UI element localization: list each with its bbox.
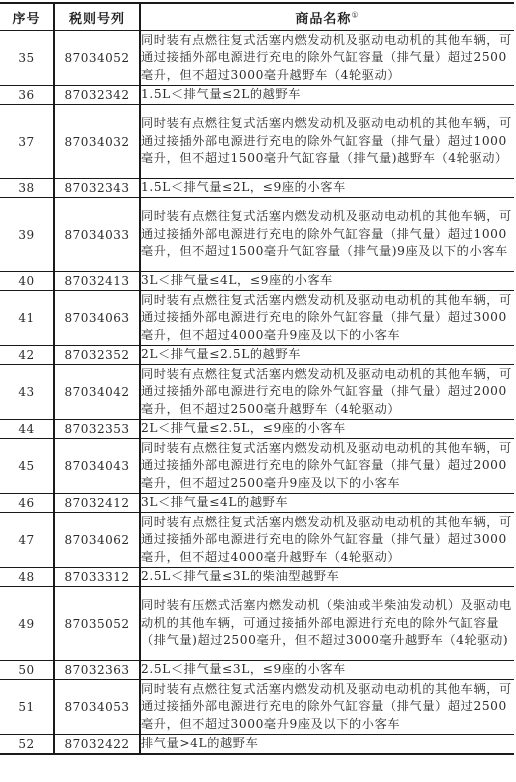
cell-product-name: 3L＜排气量≤4L，≤9座的小客车 [140,272,514,291]
cell-tariff-code: 87034053 [54,680,140,735]
cell-tariff-code: 87034062 [54,513,140,568]
table-row: 40 87032413 3L＜排气量≤4L，≤9座的小客车 [0,272,514,291]
cell-tariff-code: 87032343 [54,179,140,198]
table-row: 48 87033312 2.5L＜排气量≤3L的柴油型越野车 [0,568,514,587]
cell-product-name: 2L＜排气量≤2.5L，≤9座的小客车 [140,420,514,439]
cell-serial-number: 36 [0,86,54,105]
cell-serial-number: 48 [0,568,54,587]
cell-product-name: 同时装有点燃往复式活塞内燃发动机及驱动电动机的其他车辆，可通过接插外部电源进行充… [140,198,514,272]
header-serial-number: 序号 [0,3,54,31]
table-row: 39 87034033 同时装有点燃往复式活塞内燃发动机及驱动电动机的其他车辆，… [0,198,514,272]
cell-serial-number: 52 [0,735,54,755]
cell-tariff-code: 87032363 [54,661,140,680]
table-row: 43 87034042 同时装有点燃往复式活塞内燃发动机及驱动电动机的其他车辆，… [0,365,514,420]
cell-tariff-code: 87035052 [54,587,140,661]
table-row: 41 87034063 同时装有点燃往复式活塞内燃发动机及驱动电动机的其他车辆，… [0,291,514,346]
cell-product-name: 同时装有点燃往复式活塞内燃发动机及驱动电动机的其他车辆，可通过接插外部电源进行充… [140,680,514,735]
table-row: 47 87034062 同时装有点燃往复式活塞内燃发动机及驱动电动机的其他车辆，… [0,513,514,568]
cell-product-name: 同时装有点燃往复式活塞内燃发动机及驱动电动机的其他车辆，可通过接插外部电源进行充… [140,291,514,346]
cell-tariff-code: 87032352 [54,346,140,365]
header-product-name: 商品名称① [140,3,514,31]
cell-product-name: 同时装有点燃往复式活塞内燃发动机及驱动电动机的其他车辆，可通过接插外部电源进行充… [140,105,514,179]
table-row: 37 87034032 同时装有点燃往复式活塞内燃发动机及驱动电动机的其他车辆，… [0,105,514,179]
cell-serial-number: 35 [0,31,54,86]
cell-product-name: 1.5L＜排气量≤2L，≤9座的小客车 [140,179,514,198]
table-row: 45 87034043 同时装有点燃往复式活塞内燃发动机及驱动电动机的其他车辆，… [0,439,514,494]
cell-serial-number: 41 [0,291,54,346]
footnote-marker: ① [351,10,359,19]
cell-serial-number: 45 [0,439,54,494]
table-row: 38 87032343 1.5L＜排气量≤2L，≤9座的小客车 [0,179,514,198]
cell-product-name: 2.5L＜排气量≤3L，≤9座的小客车 [140,661,514,680]
table-row: 49 87035052 同时装有压燃式活塞内燃发动机（柴油或半柴油发动机）及驱动… [0,587,514,661]
cell-serial-number: 51 [0,680,54,735]
cell-tariff-code: 87034043 [54,439,140,494]
table-row: 36 87032342 1.5L＜排气量≤2L的越野车 [0,86,514,105]
cell-tariff-code: 87032412 [54,494,140,513]
cell-serial-number: 40 [0,272,54,291]
cell-serial-number: 46 [0,494,54,513]
cell-serial-number: 43 [0,365,54,420]
cell-tariff-code: 87034063 [54,291,140,346]
table-body: 35 87034052 同时装有点燃往复式活塞内燃发动机及驱动电动机的其他车辆，… [0,31,514,755]
cell-tariff-code: 87032342 [54,86,140,105]
table-row: 35 87034052 同时装有点燃往复式活塞内燃发动机及驱动电动机的其他车辆，… [0,31,514,86]
header-product-name-label: 商品名称 [295,12,351,27]
tariff-table: 序号 税则号列 商品名称① 35 87034052 同时装有点燃往复式活塞内燃发… [0,2,514,755]
cell-serial-number: 49 [0,587,54,661]
cell-tariff-code: 87032422 [54,735,140,755]
cell-serial-number: 37 [0,105,54,179]
table-row: 42 87032352 2L＜排气量≤2.5L的越野车 [0,346,514,365]
cell-product-name: 排气量>4L的越野车 [140,735,514,755]
cell-product-name: 同时装有压燃式活塞内燃发动机（柴油或半柴油发动机）及驱动电动机的其他车辆，可通过… [140,587,514,661]
cell-tariff-code: 87034033 [54,198,140,272]
cell-serial-number: 47 [0,513,54,568]
cell-tariff-code: 87032413 [54,272,140,291]
cell-tariff-code: 87032353 [54,420,140,439]
table-row: 51 87034053 同时装有点燃往复式活塞内燃发动机及驱动电动机的其他车辆，… [0,680,514,735]
cell-serial-number: 39 [0,198,54,272]
cell-product-name: 同时装有点燃往复式活塞内燃发动机及驱动电动机的其他车辆，可通过接插外部电源进行充… [140,439,514,494]
table-row: 44 87032353 2L＜排气量≤2.5L，≤9座的小客车 [0,420,514,439]
cell-product-name: 2.5L＜排气量≤3L的柴油型越野车 [140,568,514,587]
header-tariff-code: 税则号列 [54,3,140,31]
cell-product-name: 3L＜排气量≤4L的越野车 [140,494,514,513]
cell-product-name: 2L＜排气量≤2.5L的越野车 [140,346,514,365]
cell-serial-number: 42 [0,346,54,365]
cell-product-name: 同时装有点燃往复式活塞内燃发动机及驱动电动机的其他车辆，可通过接插外部电源进行充… [140,31,514,86]
cell-tariff-code: 87034032 [54,105,140,179]
table-row: 50 87032363 2.5L＜排气量≤3L，≤9座的小客车 [0,661,514,680]
cell-tariff-code: 87034042 [54,365,140,420]
cell-product-name: 1.5L＜排气量≤2L的越野车 [140,86,514,105]
cell-product-name: 同时装有点燃往复式活塞内燃发动机及驱动电动机的其他车辆，可通过接插外部电源进行充… [140,513,514,568]
table-row: 46 87032412 3L＜排气量≤4L的越野车 [0,494,514,513]
table-header-row: 序号 税则号列 商品名称① [0,3,514,31]
cell-tariff-code: 87033312 [54,568,140,587]
table-row: 52 87032422 排气量>4L的越野车 [0,735,514,755]
cell-serial-number: 44 [0,420,54,439]
cell-serial-number: 50 [0,661,54,680]
cell-serial-number: 38 [0,179,54,198]
cell-tariff-code: 87034052 [54,31,140,86]
cell-product-name: 同时装有点燃往复式活塞内燃发动机及驱动电动机的其他车辆，可通过接插外部电源进行充… [140,365,514,420]
